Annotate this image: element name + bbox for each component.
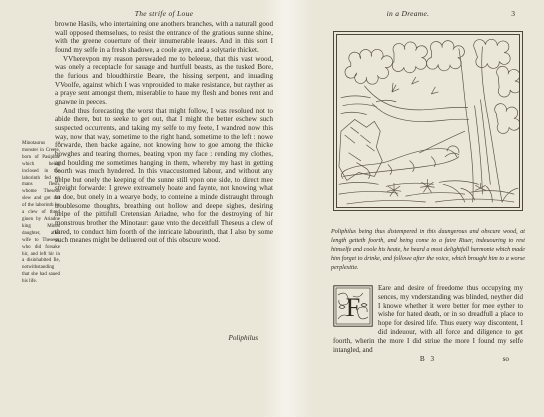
distant-hills xyxy=(341,95,396,114)
foliage xyxy=(345,39,520,133)
paragraph: VVherevpon my reason perswaded me to bel… xyxy=(55,55,273,107)
plant-icon xyxy=(420,179,434,192)
drop-cap-initial: F xyxy=(333,285,373,327)
drop-cap-letter: F xyxy=(346,293,360,322)
signature-mark: B 3 xyxy=(333,355,523,363)
sleeping-figure xyxy=(341,145,459,178)
running-title: in a Dreame. xyxy=(333,9,483,18)
paragraph: browne Hasils, who intertaining one anot… xyxy=(55,20,273,55)
main-text: browne Hasils, who intertaining one anot… xyxy=(55,20,273,245)
catchword: Poliphilus xyxy=(170,334,258,342)
woodcut-illustration xyxy=(337,35,520,208)
paragraph: And thus forecasting the worst that migh… xyxy=(55,107,273,246)
catchword: so xyxy=(503,355,509,363)
plant-icon xyxy=(475,183,485,190)
rocks xyxy=(339,119,382,180)
signature-line: B 3 so xyxy=(333,355,523,365)
plant-icon xyxy=(387,183,401,196)
page-number: 3 xyxy=(499,9,515,18)
main-text: F Eare and desire of freedome thus occup… xyxy=(333,284,523,354)
woodcut-caption: Poliphilus being thus distempered in thi… xyxy=(331,228,525,273)
running-title: The strife of Loue xyxy=(55,9,273,18)
woodcut-border xyxy=(336,34,521,209)
book-spread: The strife of Loue Minotaurus a monster … xyxy=(0,0,544,417)
woodcut-frame xyxy=(333,31,523,211)
ground xyxy=(339,179,514,204)
